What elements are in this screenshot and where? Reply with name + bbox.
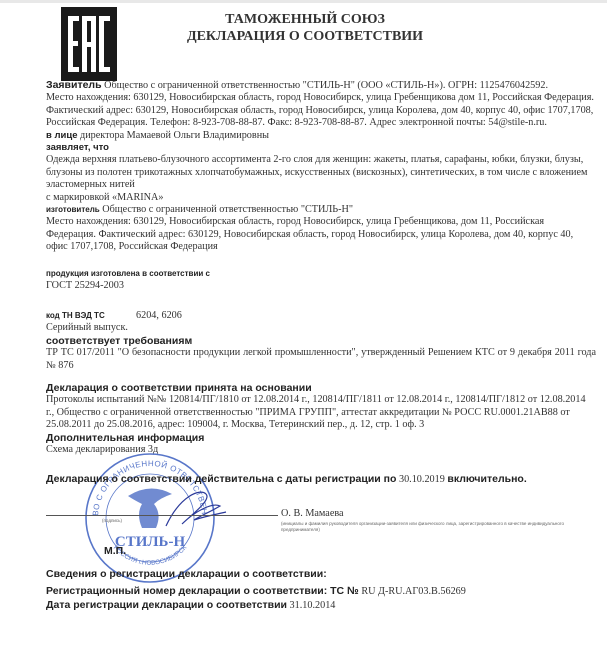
product-marking: с маркировкой «MARINA» [46,192,596,204]
requirements-value: ТР ТС 017/2011 "О безопасности продукции… [46,347,596,372]
release-type: Серийный выпуск. [46,322,596,334]
requirements-label: соответствует требованиям [46,335,596,347]
title-line-2: ДЕКЛАРАЦИЯ О СООТВЕТСТВИИ [160,28,450,45]
additional-info-label: Дополнительная информация [46,432,596,444]
standard-label: продукция изготовлена в соответствии с [46,268,596,280]
declares-label: заявляет, что [46,142,596,154]
hs-code-section: код ТН ВЭД ТС6204, 6206 Серийный выпуск.… [46,310,596,372]
signer-name: О. В. Мамаева [281,508,344,519]
registration-date-label: Дата регистрации декларации о соответств… [46,599,287,611]
top-edge [0,0,607,3]
validity-line: Декларация о соответствии действительна … [46,473,596,486]
registration-number-label: Регистрационный номер декларации о соотв… [46,585,359,597]
basis-label: Декларация о соответствии принята на осн… [46,382,596,394]
represented-by-value: директора Мамаевой Ольги Владимировны [80,130,269,141]
manufacturer-label: изготовитель [46,205,100,214]
standard-value: ГОСТ 25294-2003 [46,280,596,292]
applicant-section: Заявитель Общество с ограниченной ответс… [46,79,596,254]
registration-date-value: 31.10.2014 [290,600,336,611]
document-title: ТАМОЖЕННЫЙ СОЮЗ ДЕКЛАРАЦИЯ О СООТВЕТСТВИ… [160,11,450,45]
applicant-address: Место нахождения: 630129, Новосибирская … [46,92,596,129]
manufacturer-name: Общество с ограниченной ответственностью… [102,204,353,215]
manufacturer-address: Место нахождения: 630129, Новосибирская … [46,216,596,253]
signature-line [46,515,278,516]
registration-heading: Сведения о регистрации декларации о соот… [46,568,596,580]
applicant-label: Заявитель [46,79,102,91]
validity-suffix: включительно. [447,473,526,485]
product-description: Одежда верхняя платьево-блузочного ассор… [46,154,596,191]
registration-number-value: RU Д-RU.АГ03.В.56269 [361,586,466,597]
applicant-name: Общество с ограниченной ответственностью… [104,80,548,91]
basis-value: Протоколы испытаний №№ 120814/ПГ/1810 от… [46,394,596,431]
validity-prefix: Декларация о соответствии действительна … [46,473,396,485]
validity-date: 30.10.2019 [399,474,445,485]
represented-by-label: в лице [46,130,77,141]
eac-logo [61,7,117,81]
standard-section: продукция изготовлена в соответствии с Г… [46,268,596,293]
title-line-1: ТАМОЖЕННЫЙ СОЮЗ [160,11,450,28]
signature-scribble [160,486,230,534]
signer-caption: (инициалы и фамилия руководителя организ… [281,521,581,532]
hs-code-value: 6204, 6206 [136,310,182,321]
seal-label: М.П. [104,545,126,557]
basis-section: Декларация о соответствии принята на осн… [46,382,596,456]
registration-section: Сведения о регистрации декларации о соот… [46,568,596,612]
hs-code-label: код ТН ВЭД ТС [46,310,136,322]
signature-caption: (подпись) [102,518,122,524]
